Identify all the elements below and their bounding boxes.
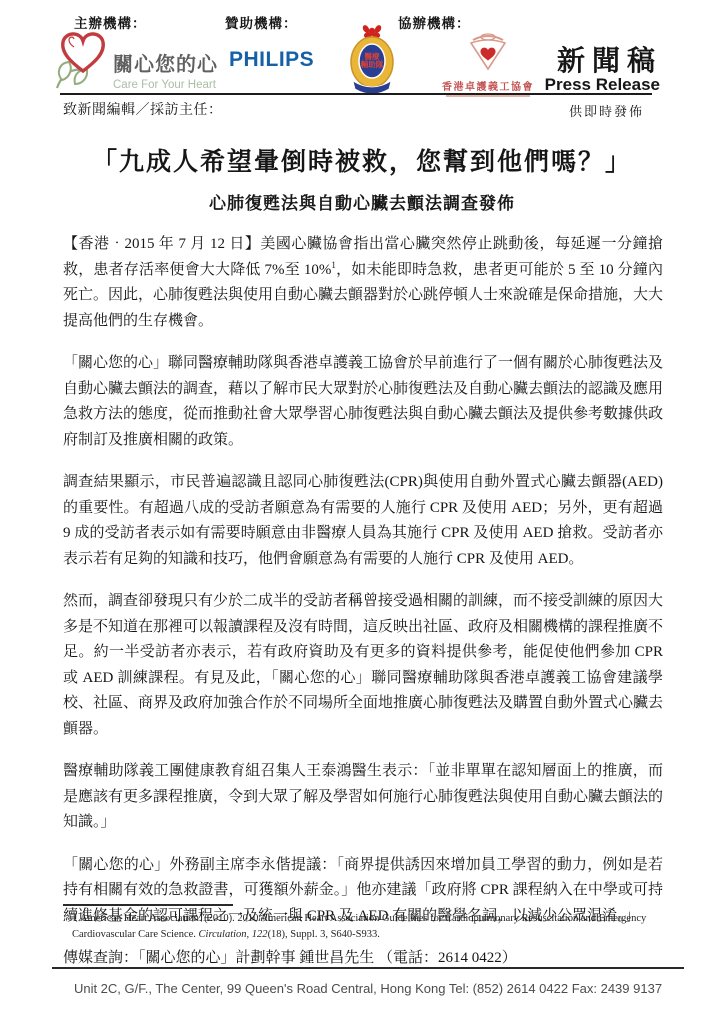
footnote-text-end: (18), Suppl. 3, S640-S933. (268, 929, 380, 940)
sponsor-label: 贊助機構： (225, 12, 298, 32)
headline: 「九成人希望暈倒時被救，您幫到他們嗎？」 (0, 142, 724, 178)
paragraph-survey-results: 調查結果顯示，市民普遍認識且認同心肺復甦法(CPR)與使用自動外置式心臟去顫器(… (63, 470, 663, 572)
hkccva-name-zh: 香港卓護義工協會 (436, 78, 540, 93)
immediate-release-note: 供即時發佈 (569, 101, 644, 120)
coorganizer-label: 協辦機構： (398, 12, 471, 32)
paragraph-intro: 【香港‧2015 年 7 月 12 日】美國心臟協會指出當心臟突然停止跳動後，每… (63, 232, 663, 334)
footnote-rule (63, 904, 233, 906)
cfyh-name-en: Care For Your Heart (113, 79, 218, 91)
header-rule (60, 93, 652, 95)
paragraph-survey-background: 「關心您的心」聯同醫療輔助隊與香港卓護義工協會於早前進行了一個有關於心肺復甦法及… (63, 351, 663, 453)
cfyh-logo: 關心您的心 Care For Your Heart (54, 24, 218, 92)
cfyh-logo-text: 關心您的心 Care For Your Heart (113, 48, 218, 91)
hkccva-logo: 香港卓護義工協會 (436, 30, 540, 97)
paragraph-training-gap: 然而，調查卻發現只有少於二成半的受訪者稱曾接受過相關的訓練，而不接受訓練的原因大… (63, 589, 663, 742)
cfyh-name-zh: 關心您的心 (113, 48, 218, 77)
addressee-line: 致新聞編輯／採訪主任： (63, 99, 223, 119)
heart-leaf-icon (54, 24, 112, 92)
ams-badge-icon: 醫療 輔助隊 (344, 22, 400, 94)
footnote-marker: 1 (72, 913, 77, 924)
hkccva-heart-icon (465, 30, 511, 72)
press-release-page: 主辦機構： 贊助機構： 協辦機構： 關心您的心 Care For Your He… (0, 0, 724, 1024)
body-text: 【香港‧2015 年 7 月 12 日】美國心臟協會指出當心臟突然停止跳動後，每… (63, 232, 663, 989)
subheadline: 心肺復甦法與自動心臟去顫法調查發佈 (0, 189, 724, 214)
footer-address: Unit 2C, G/F., The Center, 99 Queen's Ro… (52, 981, 684, 996)
release-type-zh: 新聞稿 (557, 39, 662, 79)
philips-logo: PHILIPS (229, 48, 314, 72)
ams-badge-text-2: 輔助隊 (361, 59, 384, 69)
release-type-en: Press Release (545, 75, 660, 95)
footnote: 1 American Heart Association. (2010). 20… (72, 911, 656, 942)
footnote-journal: Circulation, 122 (199, 929, 268, 940)
paragraph-quote-ams: 醫療輔助隊義工團健康教育組召集人王泰鴻醫生表示：「並非單單在認知層面上的推廣，而… (63, 759, 663, 836)
footer-rule (52, 967, 684, 969)
hkccva-smallprint (446, 95, 530, 97)
